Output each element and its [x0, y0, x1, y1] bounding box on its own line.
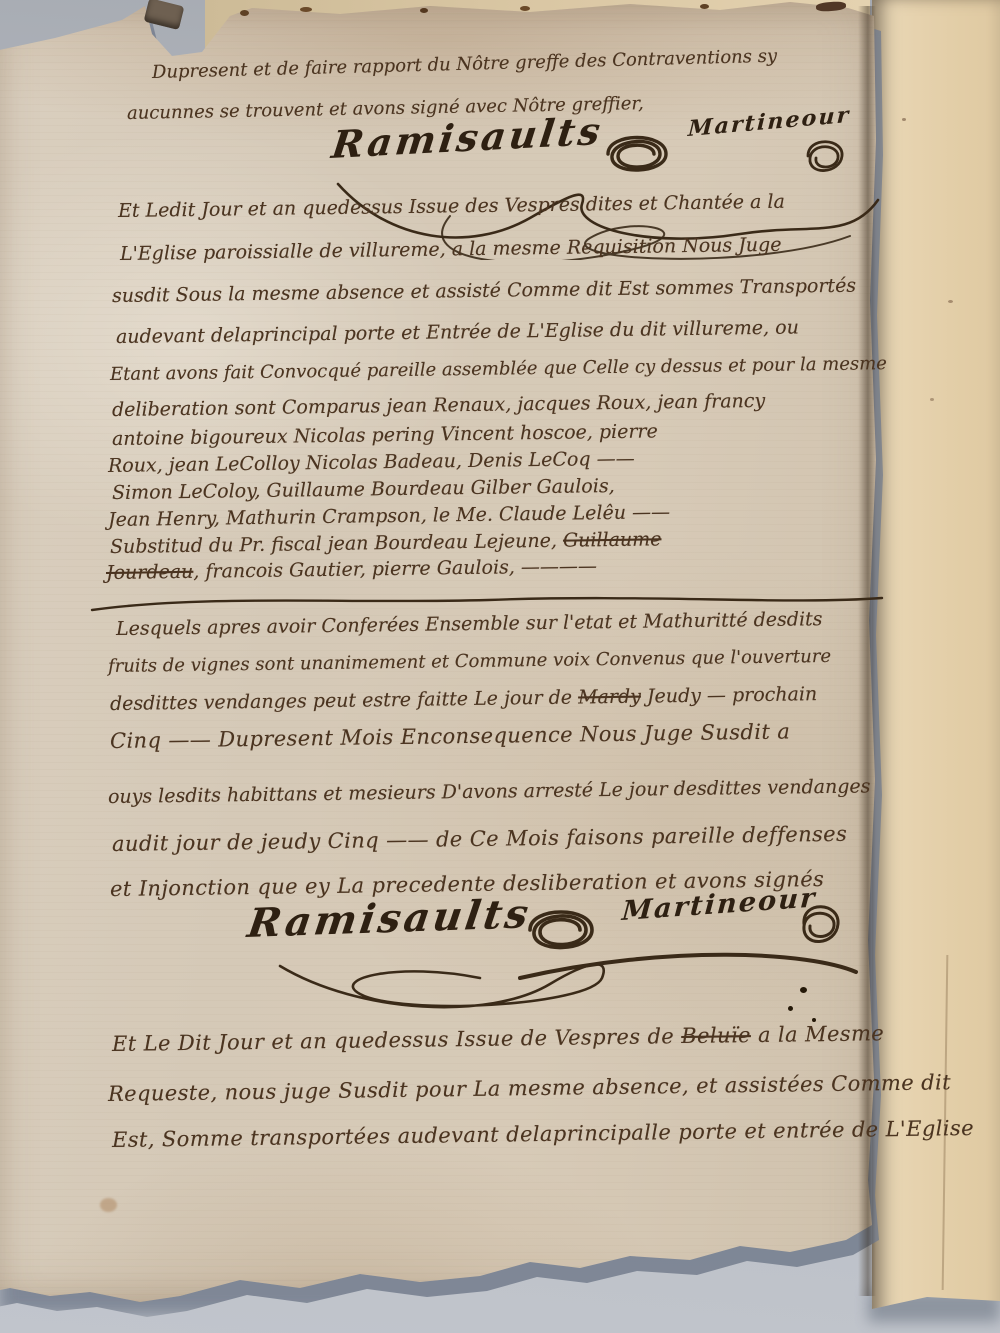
struck-word: Mardy [578, 686, 641, 709]
line-text: , francois Gautier, pierre Gaulois, ———— [193, 555, 597, 583]
manuscript-line: Jean Henry, Mathurin Crampson, le Me. Cl… [108, 501, 670, 531]
line-text: Et Le Dit Jour et an quedessus Issue de … [112, 1024, 682, 1056]
signature-flourish-icon [250, 938, 870, 1024]
manuscript-line: desdittes vendanges peut estre faitte Le… [110, 683, 818, 715]
manuscript-line: Roux, jean LeColloy Nicolas Badeau, Deni… [108, 448, 635, 477]
manuscript-line: Et Le Dit Jour et an quedessus Issue de … [112, 1021, 884, 1056]
manuscript-line: Jourdeau, francois Gautier, pierre Gaulo… [106, 555, 597, 584]
stain [902, 118, 906, 121]
manuscript-line: Est, Somme transportées audevant delapri… [112, 1116, 974, 1152]
stain [520, 6, 530, 11]
manuscript-line: audit jour de jeudy Cinq —— de Ce Mois f… [112, 822, 848, 856]
manuscript-line: Requeste, nous juge Susdit pour La mesme… [108, 1070, 951, 1106]
stain [240, 10, 249, 16]
struck-word: Guillaume [563, 528, 662, 551]
manuscript-line: Etant avons fait Convocqué pareille asse… [110, 353, 887, 385]
ink-spot [812, 1018, 816, 1022]
manuscript-line: ouys lesdits habittans et mesieurs D'avo… [108, 775, 871, 808]
photo-backdrop: Dupresent et de faire rapport du Nôtre g… [0, 0, 1000, 1333]
line-text: desdittes vendanges peut estre faitte Le… [110, 686, 578, 715]
stain [300, 7, 312, 12]
stain [948, 300, 953, 303]
manuscript-line: Dupresent et de faire rapport du Nôtre g… [152, 46, 778, 83]
stain [100, 1198, 117, 1212]
manuscript-line: Cinq —— Dupresent Mois Enconsequence Nou… [110, 720, 791, 753]
stain [930, 398, 934, 401]
stain [420, 8, 428, 13]
stain [700, 4, 709, 9]
handwriting-layer: Dupresent et de faire rapport du Nôtre g… [0, 0, 1000, 1333]
manuscript-line: fruits de vignes sont unanimement et Com… [108, 646, 831, 677]
manuscript-line: deliberation sont Comparus jean Renaux, … [112, 390, 765, 421]
line-text: Jeudy — prochain [641, 683, 818, 707]
manuscript-line: L'Eglise paroissialle de villureme, a la… [120, 234, 782, 265]
struck-word: Jourdeau [106, 561, 194, 584]
manuscript-line: susdit Sous la mesme absence et assisté … [112, 275, 856, 307]
ink-spot [788, 1006, 793, 1011]
struck-word: Beluïe [681, 1023, 751, 1048]
manuscript-line: Simon LeColoy, Guillaume Bourdeau Gilber… [112, 475, 615, 504]
line-text: a la Mesme [751, 1021, 885, 1047]
manuscript-line: antoine bigoureux Nicolas pering Vincent… [112, 420, 658, 450]
manuscript-line: audevant delaprincipal porte et Entrée d… [116, 316, 799, 348]
line-text: Substitud du Pr. fiscal jean Bourdeau Le… [110, 530, 563, 558]
manuscript-line: Substitud du Pr. fiscal jean Bourdeau Le… [110, 528, 662, 558]
ink-spot [800, 987, 807, 993]
